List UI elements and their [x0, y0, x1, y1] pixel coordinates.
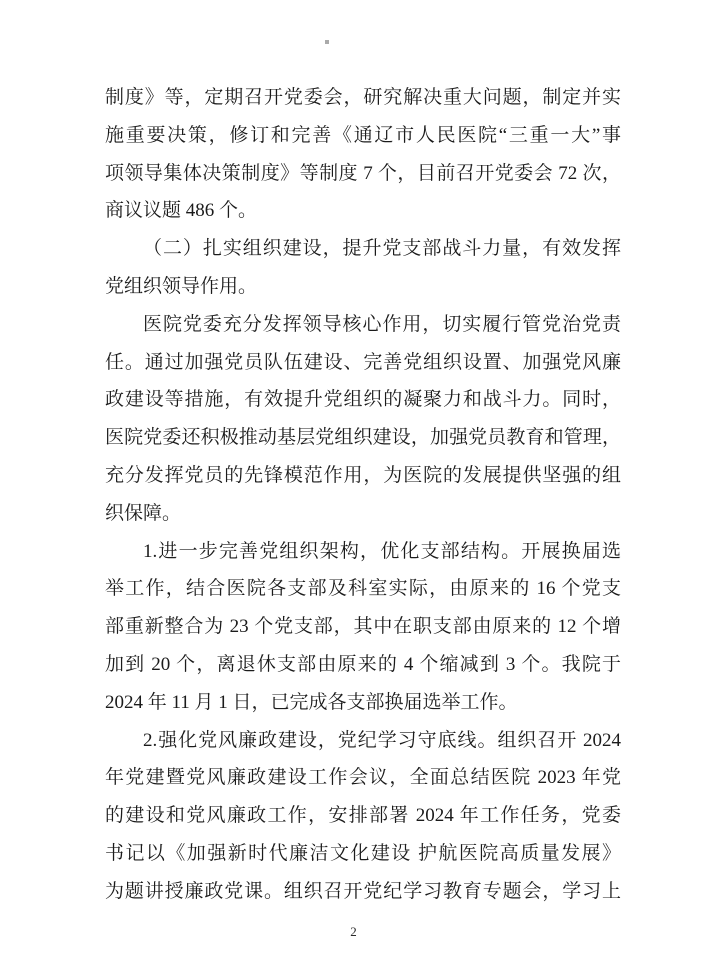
text-line: 项领导集体决策制度》等制度 7 个，目前召开党委会 72 次，: [105, 155, 621, 193]
text-line: 为题讲授廉政党课。组织召开党纪学习教育专题会，学习上: [105, 873, 621, 911]
text-line: 加到 20 个，离退休支部由原来的 4 个缩减到 3 个。我院于: [105, 646, 621, 684]
text-line: 任。通过加强党员队伍建设、完善党组织设置、加强党风廉: [105, 344, 621, 382]
text-line: 部重新整合为 23 个党支部，其中在职支部由原来的 12 个增: [105, 608, 621, 646]
text-line: 1.进一步完善党组织架构，优化支部结构。开展换届选: [105, 533, 621, 571]
text-line: 制度》等，定期召开党委会，研究解决重大问题，制定并实: [105, 79, 621, 117]
scan-speck-mark: [325, 40, 329, 44]
text-line: 举工作，结合医院各支部及科室实际，由原来的 16 个党支: [105, 570, 621, 608]
text-line: 2024 年 11 月 1 日，已完成各支部换届选举工作。: [105, 684, 621, 722]
text-line: 年党建暨党风廉政建设工作会议，全面总结医院 2023 年党: [105, 759, 621, 797]
text-line: 施重要决策，修订和完善《通辽市人民医院“三重一大”事: [105, 117, 621, 155]
page-number: 2: [0, 924, 707, 940]
text-line: 充分发挥党员的先锋模范作用，为医院的发展提供坚强的组: [105, 457, 621, 495]
text-line: 党组织领导作用。: [105, 268, 621, 306]
text-line: 商议议题 486 个。: [105, 192, 621, 230]
text-line: 医院党委充分发挥领导核心作用，切实履行管党治党责: [105, 306, 621, 344]
numbered-item-2: 2.强化党风廉政建设，党纪学习守底线。组织召开 2024 年党建暨党风廉政建设工…: [105, 722, 621, 911]
text-line: 书记以《加强新时代廉洁文化建设 护航医院高质量发展》: [105, 835, 621, 873]
text-line: （二）扎实组织建设，提升党支部战斗力量，有效发挥: [105, 230, 621, 268]
document-body: 制度》等，定期召开党委会，研究解决重大问题，制定并实 施重要决策，修订和完善《通…: [105, 79, 621, 911]
text-line: 织保障。: [105, 495, 621, 533]
text-line: 政建设等措施，有效提升党组织的凝聚力和战斗力。同时，: [105, 381, 621, 419]
text-line: 2.强化党风廉政建设，党纪学习守底线。组织召开 2024: [105, 722, 621, 760]
document-page: 制度》等，定期召开党委会，研究解决重大问题，制定并实 施重要决策，修订和完善《通…: [0, 0, 707, 975]
numbered-item-1: 1.进一步完善党组织架构，优化支部结构。开展换届选 举工作，结合医院各支部及科室…: [105, 533, 621, 722]
text-line: 的建设和党风廉政工作，安排部署 2024 年工作任务，党委: [105, 797, 621, 835]
paragraph-body: 医院党委充分发挥领导核心作用，切实履行管党治党责 任。通过加强党员队伍建设、完善…: [105, 306, 621, 533]
paragraph-continuation: 制度》等，定期召开党委会，研究解决重大问题，制定并实 施重要决策，修订和完善《通…: [105, 79, 621, 230]
text-line: 医院党委还积极推动基层党组织建设，加强党员教育和管理，: [105, 419, 621, 457]
section-heading-2: （二）扎实组织建设，提升党支部战斗力量，有效发挥 党组织领导作用。: [105, 230, 621, 306]
